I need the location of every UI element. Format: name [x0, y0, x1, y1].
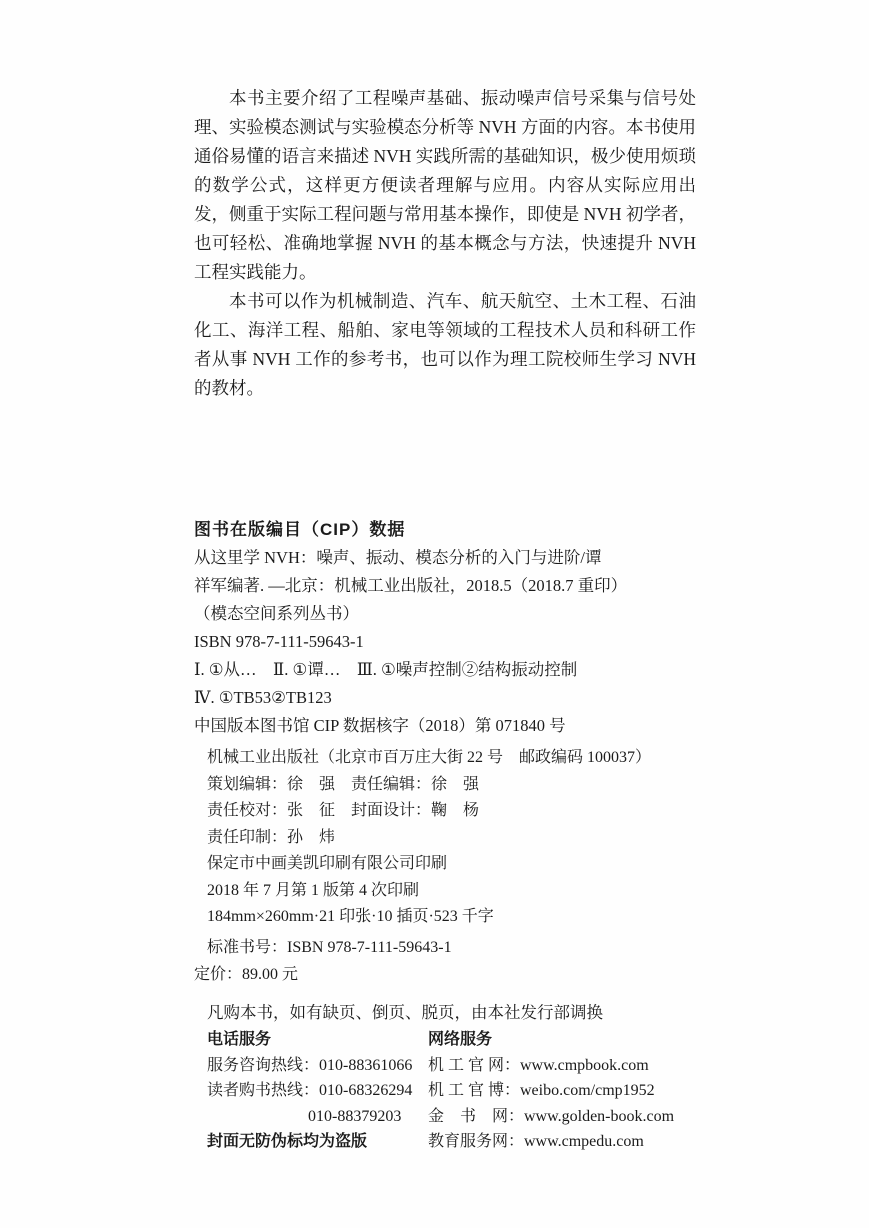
- anti-piracy-notice: 封面无防伪标均为盗版: [207, 1129, 428, 1155]
- book-copyright-page: 本书主要介绍了工程噪声基础、振动噪声信号采集与信号处理、实验模态测试与实验模态分…: [0, 0, 869, 1228]
- abstract-paragraph: 本书主要介绍了工程噪声基础、振动噪声信号采集与信号处理、实验模态测试与实验模态分…: [194, 84, 696, 287]
- isbn-price-block: 标准书号：ISBN 978-7-111-59643-1 定价：89.00 元: [207, 934, 767, 988]
- cip-isbn: ISBN 978-7-111-59643-1: [194, 628, 714, 656]
- cip-classification-line: Ⅳ. ①TB53②TB123: [194, 684, 714, 712]
- cip-title-line: 从这里学 NVH：噪声、振动、模态分析的入门与进阶/谭: [194, 544, 714, 572]
- proofreader-line: 责任校对：张 征 封面设计：鞠 杨: [207, 798, 767, 825]
- service-contact-block: 电话服务 服务咨询热线：010-88361066 读者购书热线：010-6832…: [207, 1027, 787, 1155]
- publisher-address-line: 机械工业出版社（北京市百万庄大街 22 号 邮政编码 100037）: [207, 745, 767, 772]
- cip-title-line: 祥军编著. —北京：机械工业出版社，2018.5（2018.7 重印）: [194, 572, 714, 600]
- printer-line: 保定市中画美凯印刷有限公司印刷: [207, 851, 767, 878]
- purchase-hotline: 读者购书热线：010-68326294: [207, 1078, 428, 1104]
- official-website-line: 机 工 官 网：www.cmpbook.com: [428, 1053, 787, 1079]
- network-service-column: 网络服务 机 工 官 网：www.cmpbook.com 机 工 官 博：wei…: [428, 1027, 787, 1155]
- education-site-line: 教育服务网：www.cmpedu.com: [428, 1129, 787, 1155]
- network-service-heading: 网络服务: [428, 1027, 787, 1053]
- planning-editor-line: 策划编辑：徐 强 责任编辑：徐 强: [207, 772, 767, 799]
- cip-data-block: 图书在版编目（CIP）数据 从这里学 NVH：噪声、振动、模态分析的入门与进阶/…: [194, 516, 714, 740]
- imprint-block: 机械工业出版社（北京市百万庄大街 22 号 邮政编码 100037） 策划编辑：…: [207, 745, 767, 931]
- standard-isbn-line: 标准书号：ISBN 978-7-111-59643-1: [207, 934, 767, 961]
- service-hotline: 服务咨询热线：010-88361066: [207, 1053, 428, 1079]
- price-line: 定价：89.00 元: [194, 961, 767, 988]
- format-line: 184mm×260mm·21 印张·10 插页·523 千字: [207, 904, 767, 931]
- phone-service-heading: 电话服务: [207, 1027, 428, 1053]
- book-abstract: 本书主要介绍了工程噪声基础、振动噪声信号采集与信号处理、实验模态测试与实验模态分…: [194, 84, 696, 403]
- cip-classification-line: Ⅰ. ①从… Ⅱ. ①谭… Ⅲ. ①噪声控制②结构振动控制: [194, 656, 714, 684]
- print-supervisor-line: 责任印制：孙 炜: [207, 825, 767, 852]
- cip-series-line: （模态空间系列丛书）: [194, 600, 714, 628]
- abstract-paragraph: 本书可以作为机械制造、汽车、航天航空、土木工程、石油化工、海洋工程、船舶、家电等…: [194, 287, 696, 403]
- official-weibo-line: 机 工 官 博：weibo.com/cmp1952: [428, 1078, 787, 1104]
- golden-book-site-line: 金 书 网：www.golden-book.com: [428, 1104, 787, 1130]
- edition-line: 2018 年 7 月第 1 版第 4 次印刷: [207, 878, 767, 905]
- phone-service-column: 电话服务 服务咨询热线：010-88361066 读者购书热线：010-6832…: [207, 1027, 428, 1155]
- exchange-notice: 凡购本书，如有缺页、倒页、脱页，由本社发行部调换: [207, 999, 603, 1023]
- purchase-hotline-extra: 010-88379203: [308, 1104, 428, 1130]
- cip-registry-number: 中国版本图书馆 CIP 数据核字（2018）第 071840 号: [194, 712, 714, 740]
- cip-heading: 图书在版编目（CIP）数据: [194, 516, 714, 544]
